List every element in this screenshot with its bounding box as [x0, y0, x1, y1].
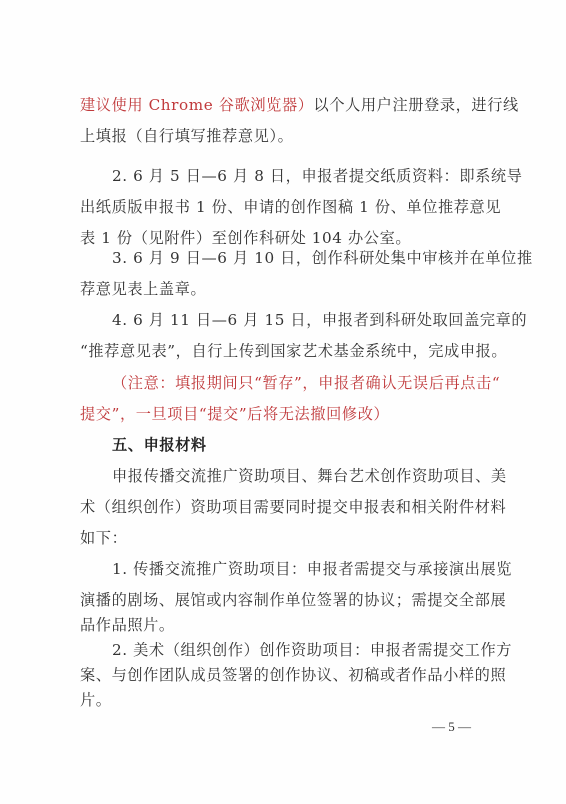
browser-recommendation: 建议使用 Chrome 谷歌浏览器）: [80, 96, 314, 114]
step-2-line-3: 表 1 份（见附件）至创作科研处 104 办公室。: [80, 228, 490, 248]
page-number: — 5 —: [432, 719, 471, 735]
item-1-line-2: 演播的剧场、展馆或内容制作单位签署的协议；需提交全部展: [80, 590, 490, 610]
document-page: 建议使用 Chrome 谷歌浏览器）以个人用户注册登录，进行线 上填报（自行填写…: [0, 0, 566, 804]
step-2-line-1: 2. 6 月 5 日—6 月 8 日，申报者提交纸质资料：即系统导: [112, 166, 522, 186]
materials-line-2: 术（组织创作）资助项目需要同时提交申报表和相关附件材料: [80, 497, 490, 517]
materials-line-1: 申报传播交流推广资助项目、舞台艺术创作资助项目、美: [112, 466, 522, 486]
item-1-line-1: 1. 传播交流推广资助项目：申报者需提交与承接演出展览: [112, 559, 522, 579]
step-4-line-1: 4. 6 月 11 日—6 月 15 日，申报者到科研处取回盖完章的: [112, 310, 522, 330]
notice-line-2: 提交”，一旦项目“提交”后将无法撤回修改）: [80, 404, 490, 424]
step-3-line-2: 荐意见表上盖章。: [80, 279, 490, 299]
step-3-line-1: 3. 6 月 9 日—6 月 10 日，创作科研处集中审核并在单位推: [112, 248, 522, 268]
step-2-line-2: 出纸质版申报书 1 份、申请的创作图稿 1 份、单位推荐意见: [80, 197, 490, 217]
item-1-line-3: 品作品照片。: [80, 615, 490, 635]
text-line-1: 建议使用 Chrome 谷歌浏览器）以个人用户注册登录，进行线: [80, 95, 490, 115]
text-line-2: 上填报（自行填写推荐意见）。: [80, 126, 490, 146]
item-2-line-2: 案、与创作团队成员签署的创作协议、初稿或者作品小样的照: [80, 665, 490, 685]
materials-line-3: 如下：: [80, 528, 490, 548]
section-heading: 五、申报材料: [112, 435, 522, 455]
registration-text: 以个人用户注册登录，进行线: [314, 96, 519, 114]
notice-line-1: （注意：填报期间只“暂存”，申报者确认无误后再点击“: [112, 373, 522, 393]
step-4-line-2: “推荐意见表”，自行上传到国家艺术基金系统中，完成申报。: [80, 341, 490, 361]
item-2-line-1: 2. 美术（组织创作）创作资助项目：申报者需提交工作方: [112, 640, 522, 660]
item-2-line-3: 片。: [80, 690, 490, 710]
